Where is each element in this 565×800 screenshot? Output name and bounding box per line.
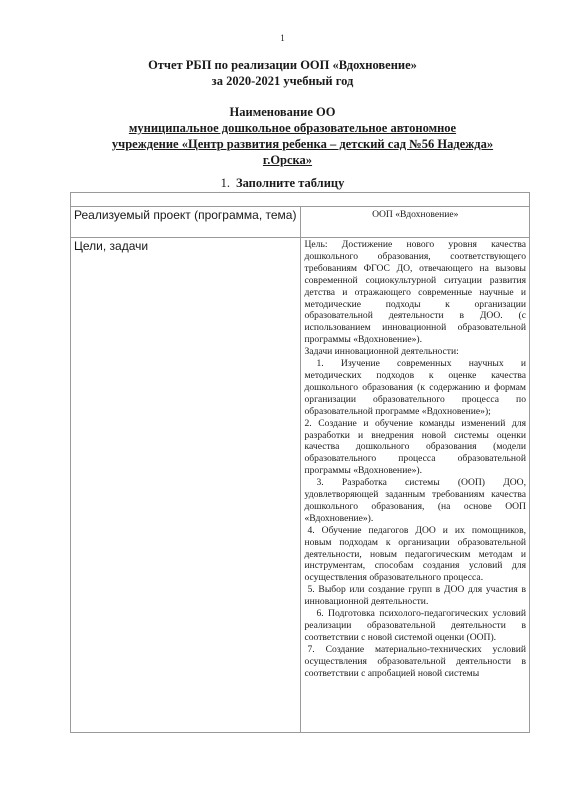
table-label-project: Реализуемый проект (программа, тема) [71,207,301,238]
task-item: 3. Разработка системы (ООП) ДОО, удовлет… [305,477,527,525]
table-value-goals: Цель: Достижение нового уровня качества … [300,238,530,733]
report-title-line-1: Отчет РБП по реализации ООП «Вдохновение… [0,57,565,73]
task-item: 6. Подготовка психолого-педагогических у… [305,608,527,644]
tasks-heading: Задачи инновационной деятельности: [305,346,527,358]
table-label-goals: Цели, задачи [71,238,301,733]
task-item: 4. Обучение педагогов ДОО и их помощнико… [305,525,527,585]
report-title: Отчет РБП по реализации ООП «Вдохновение… [0,57,565,89]
section-number: 1. [221,176,230,190]
table-row: Реализуемый проект (программа, тема) ООП… [71,207,530,238]
report-title-line-2: за 2020-2021 учебный год [0,73,565,89]
organization-name-line-1: муниципальное дошкольное образовательное… [0,120,565,136]
organization-heading: Наименование ОО [0,104,565,120]
table-header-empty-row [71,193,530,207]
task-item: 2. Создание и обучение команды изменений… [305,418,527,478]
table-value-project: ООП «Вдохновение» [300,207,530,238]
section-title: Заполните таблицу [236,176,344,190]
page-number: 1 [0,33,565,43]
organization-block: Наименование ОО муниципальное дошкольное… [0,104,565,168]
table-row: Цели, задачи Цель: Достижение нового уро… [71,238,530,733]
table-empty-cell [71,193,530,207]
organization-name-line-3: г.Орска» [0,152,565,168]
task-item: 5. Выбор или создание групп в ДОО для уч… [305,584,527,608]
goal-paragraph: Цель: Достижение нового уровня качества … [305,239,527,346]
task-item: 7. Создание материально-технических усло… [305,644,527,680]
report-table: Реализуемый проект (программа, тема) ООП… [70,192,530,733]
section-heading: 1.Заполните таблицу [0,176,565,190]
task-item: 1. Изучение современных научных и методи… [305,358,527,418]
organization-name-line-2: учреждение «Центр развития ребенка – дет… [0,136,565,152]
